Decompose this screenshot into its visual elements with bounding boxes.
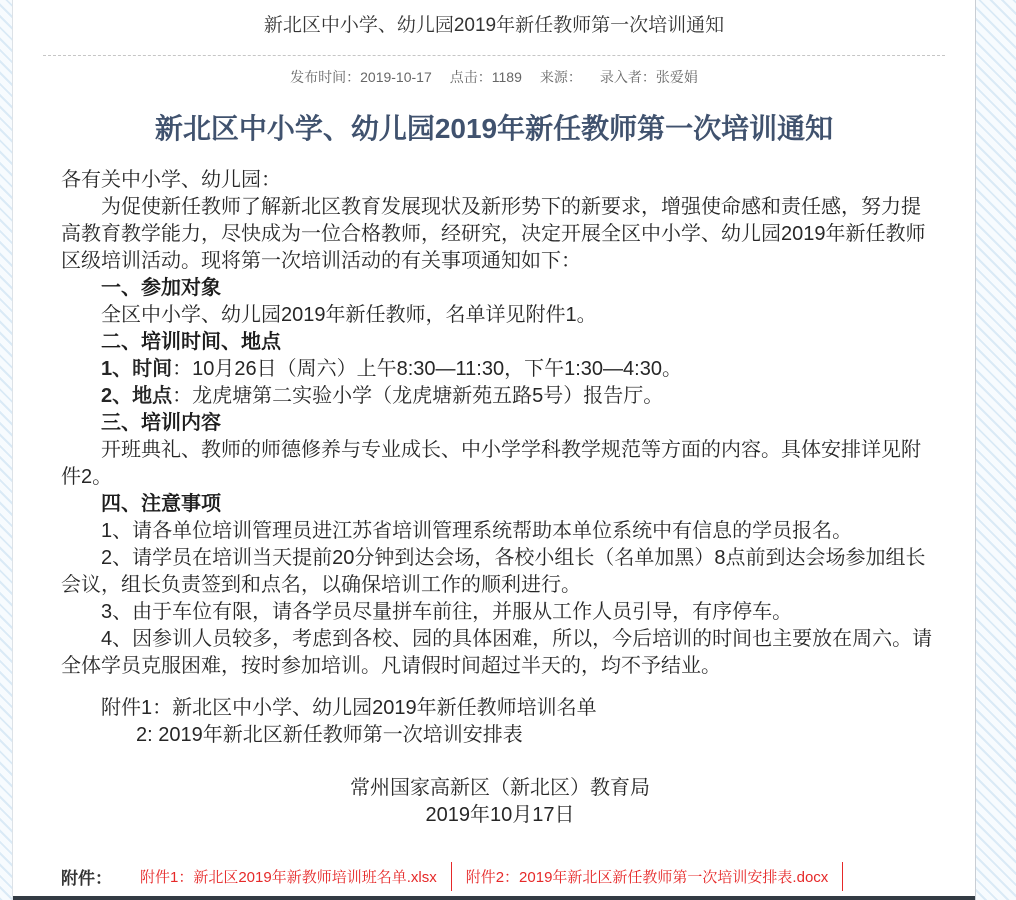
attachment-item: 附件1：新北区2019年新教师培训班名单.xlsx: [126, 862, 452, 891]
body-paragraph: 常州国家高新区（新北区）教育局: [61, 775, 939, 802]
body-paragraph: 各有关中小学、幼儿园：: [61, 167, 939, 194]
body-paragraph: 全区中小学、幼儿园2019年新任教师，名单详见附件1。: [61, 302, 939, 329]
article-title: 新北区中小学、幼儿园2019年新任教师第一次培训通知: [73, 112, 915, 146]
attachment-link[interactable]: 附件1：新北区2019年新教师培训班名单.xlsx: [140, 869, 437, 886]
article-body: 各有关中小学、幼儿园：为促使新任教师了解新北区教育发展现状及新形势下的新要求，增…: [13, 167, 975, 829]
meta-item: 来源：: [540, 69, 582, 85]
section-heading: 一、参加对象: [61, 275, 939, 302]
body-paragraph: 2、请学员在培训当天提前20分钟到达会场，各校小组长（名单加黑）8点前到达会场参…: [61, 545, 939, 599]
attachments-label: 附件：: [61, 864, 112, 889]
article-meta: 发布时间：2019-10-17点击：1189来源：录入者：张爱娟: [13, 56, 975, 87]
attachments-bar: 附件： 附件1：新北区2019年新教师培训班名单.xlsx附件2：2019年新北…: [61, 862, 945, 891]
attachment-item: 附件2：2019年新北区新任教师第一次培训安排表.docx: [452, 862, 844, 891]
body-paragraph: 1、请各单位培训管理员进江苏省培训管理系统帮助本单位系统中有信息的学员报名。: [61, 518, 939, 545]
body-paragraph: 2019年10月17日: [61, 802, 939, 829]
body-paragraph: 2、地点：龙虎塘第二实验小学（龙虎塘新苑五路5号）报告厅。: [61, 383, 939, 410]
body-paragraph: 3、由于车位有限，请各学员尽量拼车前往，并服从工作人员引导，有序停车。: [61, 599, 939, 626]
body-paragraph: 为促使新任教师了解新北区教育发展现状及新形势下的新要求，增强使命感和责任感，努力…: [61, 194, 939, 275]
section-heading: 二、培训时间、地点: [61, 329, 939, 356]
meta-item: 录入者：张爱娟: [600, 69, 698, 85]
body-paragraph: 2: 2019年新北区新任教师第一次培训安排表: [61, 722, 939, 749]
body-paragraph: 1、时间：10月26日（周六）上午8:30—11:30，下午1:30—4:30。: [61, 356, 939, 383]
section-heading: 四、注意事项: [61, 491, 939, 518]
footer-bar: [13, 896, 975, 900]
body-paragraph: 4、因参训人员较多，考虑到各校、园的具体困难，所以，今后培训的时间也主要放在周六…: [61, 626, 939, 680]
section-heading: 三、培训内容: [61, 410, 939, 437]
body-paragraph: 开班典礼、教师的师德修养与专业成长、中小学学科教学规范等方面的内容。具体安排详见…: [61, 437, 939, 491]
meta-item: 点击：1189: [450, 69, 522, 85]
body-paragraph: 附件1：新北区中小学、幼儿园2019年新任教师培训名单: [61, 695, 939, 722]
page-title: 新北区中小学、幼儿园2019年新任教师第一次培训通知: [13, 0, 975, 39]
meta-item: 发布时间：2019-10-17: [290, 69, 432, 85]
article-panel: 新北区中小学、幼儿园2019年新任教师第一次培训通知 发布时间：2019-10-…: [12, 0, 976, 900]
attachments-list: 附件1：新北区2019年新教师培训班名单.xlsx附件2：2019年新北区新任教…: [126, 862, 843, 891]
attachment-link[interactable]: 附件2：2019年新北区新任教师第一次培训安排表.docx: [466, 869, 829, 886]
